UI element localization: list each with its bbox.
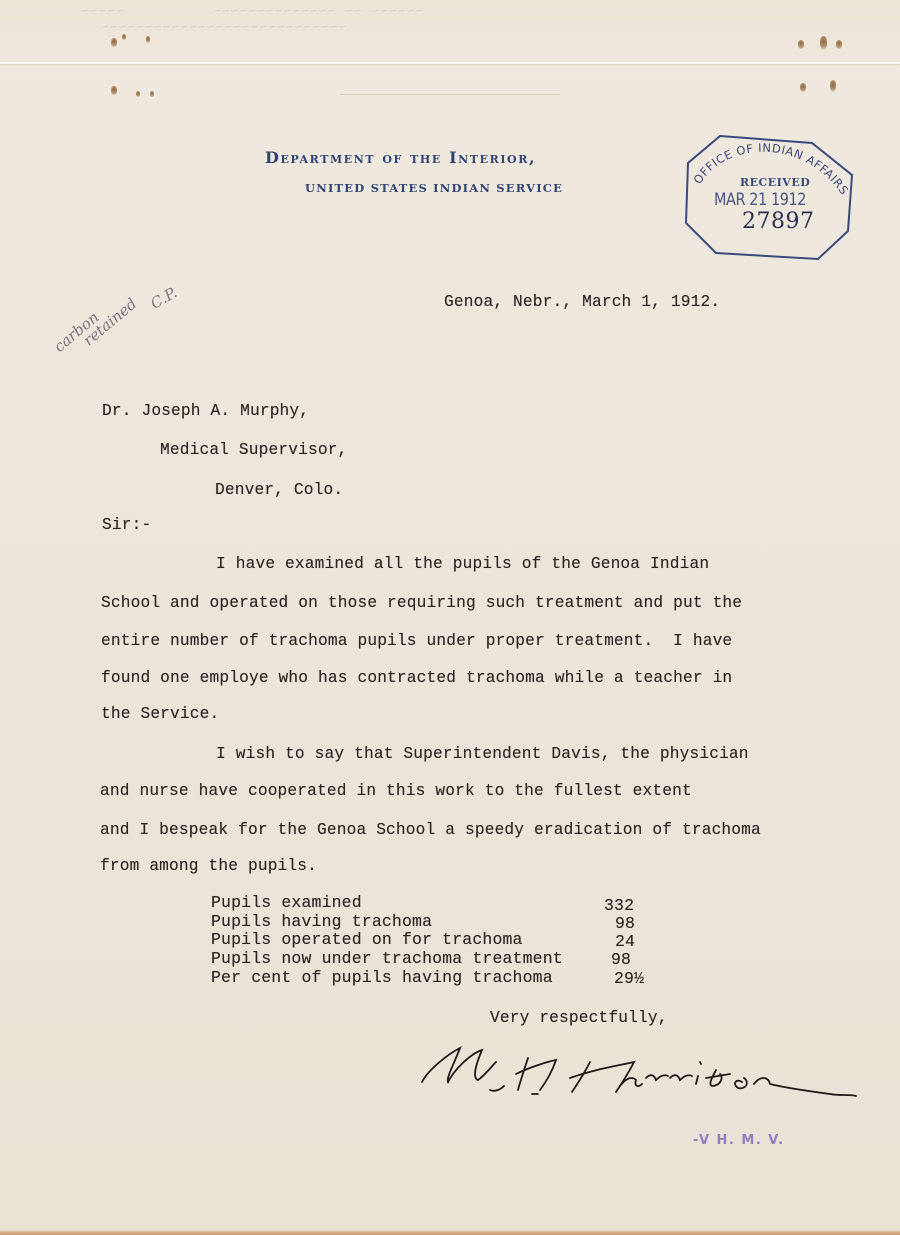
punch-hole	[111, 86, 117, 95]
letterhead-subtitle: UNITED STATES INDIAN SERVICE	[305, 181, 645, 195]
body-line: and I bespeak for the Genoa School a spe…	[100, 821, 761, 839]
punch-hole	[798, 40, 804, 49]
pencil-note-line3: C.P.	[147, 283, 180, 312]
body-line: I have examined all the pupils of the Ge…	[216, 555, 709, 573]
pencil-annotation: carbon retained C.P.	[50, 275, 220, 365]
stat-label: Pupils examined	[211, 893, 362, 912]
stamp-date: MAR 21 1912	[714, 190, 806, 210]
body-line: School and operated on those requiring s…	[101, 594, 742, 612]
punch-hole	[836, 40, 842, 49]
punch-hole	[830, 80, 836, 92]
stamp-file-number: 27897	[742, 209, 815, 234]
clerk-initials-stamp: -V H. M. V.	[693, 1133, 785, 1148]
bleed-through-text: ~~~~~~ ~~ ~~~~~~~~~~~~~~ ~~~~~	[80, 4, 423, 19]
stat-value: 98	[611, 950, 631, 969]
punch-hole	[111, 38, 117, 47]
stat-value: 29½	[614, 969, 644, 988]
punch-hole	[136, 91, 140, 97]
punch-hole	[146, 36, 150, 43]
body-line: entire number of trachoma pupils under p…	[101, 632, 732, 650]
letter-paper: ~~~~~~ ~~ ~~~~~~~~~~~~~~ ~~~~~ ~~~~~~~~~…	[0, 0, 900, 1235]
dateline: Genoa, Nebr., March 1, 1912.	[444, 293, 720, 311]
stat-label: Pupils now under trachoma treatment	[211, 949, 563, 968]
stat-label: Pupils having trachoma	[211, 912, 432, 931]
body-line: and nurse have cooperated in this work t…	[100, 782, 692, 800]
bleed-through-text: ~~~~~~~~~~~~~~~~~~~~~~~~~~~~	[100, 20, 346, 35]
closing: Very respectfully,	[490, 1009, 668, 1027]
body-line: found one employe who has contracted tra…	[101, 669, 732, 687]
stat-value: 98	[615, 914, 635, 933]
stat-label: Pupils operated on for trachoma	[211, 930, 523, 949]
stat-value: 24	[615, 932, 635, 951]
punch-hole	[800, 83, 806, 92]
addressee-location: Denver, Colo.	[215, 481, 343, 499]
letterhead-title: Department of the Interior,	[265, 148, 645, 167]
stamp-received-label: RECEIVED	[740, 176, 810, 189]
punch-hole	[150, 91, 154, 97]
received-stamp: OFFICE OF INDIAN AFFAIRS RECEIVED MAR 21…	[682, 133, 854, 261]
signature-icon	[420, 1040, 860, 1120]
stat-label: Per cent of pupils having trachoma	[211, 968, 553, 987]
paper-fold-notch	[340, 62, 560, 95]
letterhead: Department of the Interior, UNITED STATE…	[265, 148, 645, 195]
stat-value: 332	[604, 896, 634, 915]
body-line: the Service.	[101, 705, 219, 723]
addressee-title: Medical Supervisor,	[160, 441, 347, 459]
punch-hole	[820, 36, 827, 50]
handwritten-signature	[420, 1040, 860, 1120]
salutation: Sir:-	[102, 516, 151, 534]
body-line: from among the pupils.	[100, 857, 317, 875]
body-line: I wish to say that Superintendent Davis,…	[216, 745, 749, 763]
addressee-name: Dr. Joseph A. Murphy,	[102, 402, 309, 420]
